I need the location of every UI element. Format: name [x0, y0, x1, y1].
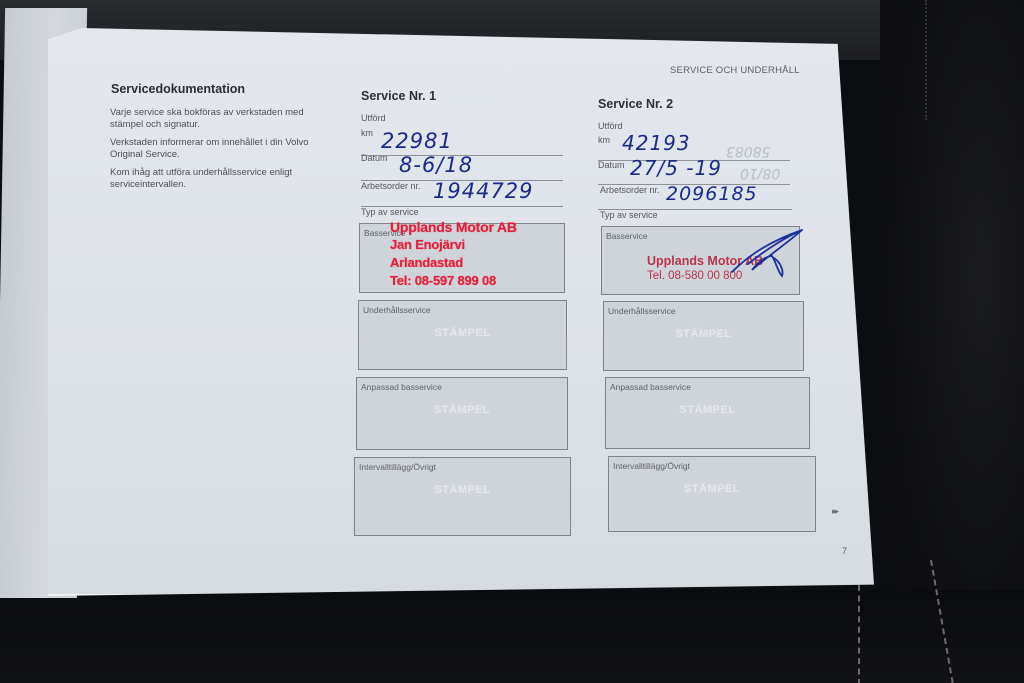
- datum-label: Datum: [361, 153, 388, 163]
- underhallsservice-box[interactable]: Underhållsservice STÄMPEL: [603, 301, 804, 371]
- km-value[interactable]: 42193: [622, 131, 691, 155]
- typ-av-service-label: Typ av service: [600, 210, 658, 220]
- km-label: km: [598, 135, 610, 145]
- km-label: km: [361, 128, 373, 138]
- workshop-stamp-line: Upplands Motor AB: [390, 219, 517, 236]
- service-title: Service Nr. 2: [598, 97, 798, 111]
- km-value[interactable]: 22981: [381, 129, 453, 153]
- box-label: Intervalltillägg/Övrigt: [359, 462, 436, 472]
- page-content: SERVICE OCH UNDERHÅLL Servicedokumentati…: [0, 0, 1024, 683]
- arbetsorder-value[interactable]: 1944729: [433, 179, 534, 203]
- stamp-placeholder: STÄMPEL: [357, 404, 567, 416]
- anpassad-basservice-box[interactable]: Anpassad basservice STÄMPEL: [605, 377, 810, 449]
- page-number: 7: [842, 546, 847, 556]
- stamp-placeholder: STÄMPEL: [359, 327, 566, 339]
- box-label: Underhållsservice: [608, 306, 676, 316]
- bleed-through-text: 08/10: [740, 165, 780, 181]
- anpassad-basservice-box[interactable]: Anpassad basservice STÄMPEL: [356, 377, 568, 450]
- typ-av-service-label: Typ av service: [361, 207, 419, 217]
- service-1-section: Service Nr. 1 Utförd km 22981 Datum 8-6/…: [361, 89, 571, 103]
- intervalltillagg-box[interactable]: Intervalltillägg/Övrigt STÄMPEL: [354, 457, 571, 536]
- workshop-stamp-line: Tel: 08-597 899 08: [390, 272, 496, 289]
- workshop-stamp-line: Jan Enojärvi: [390, 236, 465, 253]
- arbetsorder-label: Arbetsorder nr.: [600, 185, 660, 195]
- underhallsservice-box[interactable]: Underhållsservice STÄMPEL: [358, 300, 567, 370]
- box-label: Anpassad basservice: [610, 382, 691, 392]
- datum-value[interactable]: 27/5 -19: [630, 156, 722, 180]
- arbetsorder-value[interactable]: 2096185: [666, 183, 758, 205]
- intro-paragraph: Kom ihåg att utföra underhållsservice en…: [110, 167, 335, 190]
- intro-paragraph: Varje service ska bokföras av verkstaden…: [110, 107, 335, 130]
- datum-value[interactable]: 8-6/18: [399, 153, 473, 177]
- section-header: SERVICE OCH UNDERHÅLL: [670, 65, 800, 76]
- utford-label: Utförd: [361, 113, 386, 123]
- workshop-stamp-line: Arlandastad: [390, 254, 463, 271]
- box-label: Anpassad basservice: [361, 382, 442, 392]
- stamp-placeholder: STÄMPEL: [604, 328, 803, 340]
- next-page-icon[interactable]: ▸▸: [832, 506, 837, 517]
- box-label: Underhållsservice: [363, 305, 431, 315]
- intervalltillagg-box[interactable]: Intervalltillägg/Övrigt STÄMPEL: [608, 456, 816, 532]
- arbetsorder-label: Arbetsorder nr.: [361, 181, 421, 191]
- signature-icon: [728, 226, 808, 284]
- datum-label: Datum: [598, 160, 625, 170]
- stamp-placeholder: STÄMPEL: [609, 483, 815, 495]
- intro-paragraph: Verkstaden informerar om innehållet i di…: [110, 137, 335, 160]
- service-2-section: Service Nr. 2 Utförd km 42193 58083 Datu…: [598, 97, 798, 111]
- service-title: Service Nr. 1: [361, 89, 571, 103]
- utford-label: Utförd: [598, 121, 623, 131]
- stamp-placeholder: STÄMPEL: [606, 404, 809, 416]
- intro-title: Servicedokumentation: [111, 82, 245, 96]
- box-label: Intervalltillägg/Övrigt: [613, 461, 690, 471]
- stamp-placeholder: STÄMPEL: [355, 484, 570, 496]
- box-label: Basservice: [606, 231, 648, 241]
- bleed-through-text: 58083: [726, 143, 771, 159]
